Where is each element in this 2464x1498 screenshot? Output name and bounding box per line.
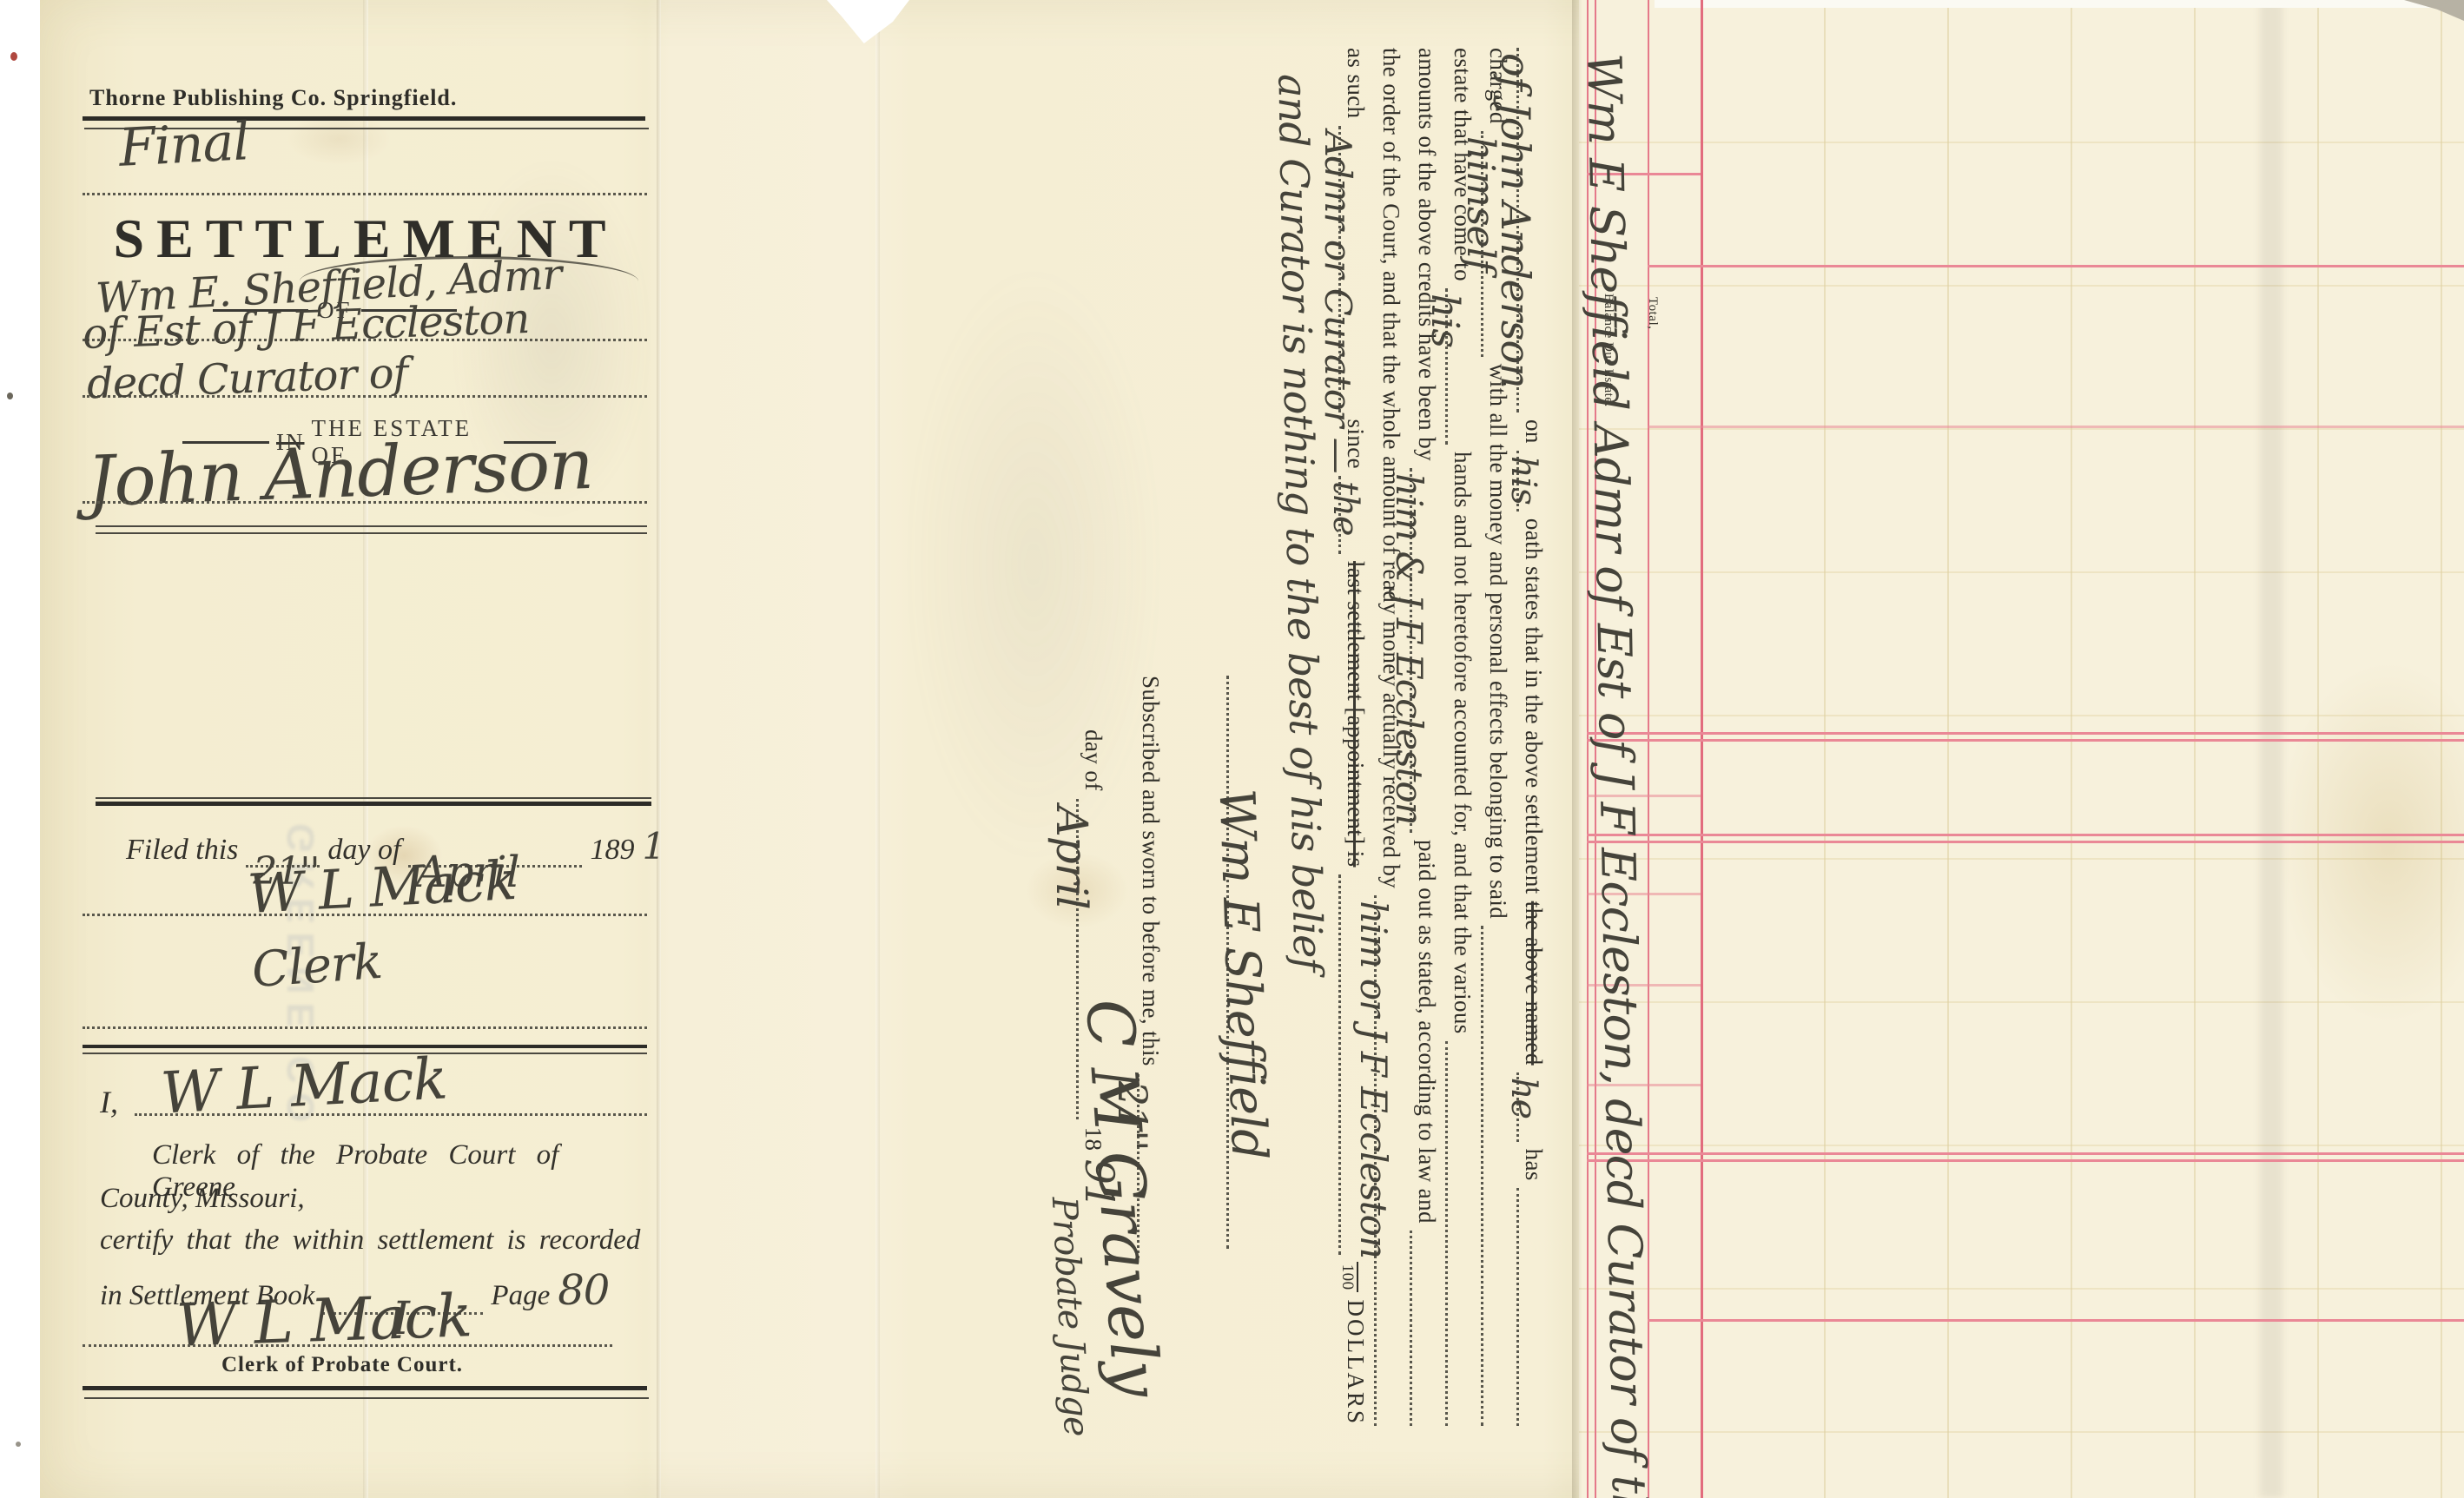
ledger-red-horizontal-line bbox=[1587, 834, 2464, 836]
dotted-line bbox=[83, 501, 647, 504]
ledger-ruled-page bbox=[1579, 0, 2464, 1498]
affidavit-line-5: amounts of the above credits have been b… bbox=[1404, 48, 1440, 1433]
paper-speck bbox=[7, 393, 13, 399]
handwritten-administrator-line3: decd Curator of bbox=[86, 349, 408, 409]
affidavit-line-2: of John Anderson on his oath states that… bbox=[1511, 48, 1547, 1433]
publisher-imprint: Thorne Publishing Co. Springfield. bbox=[89, 85, 457, 111]
ledger-red-horizontal-line bbox=[1648, 426, 2464, 428]
cover-panel: Thorne Publishing Co. Springfield. Final… bbox=[83, 78, 649, 1433]
handwritten-he: he bbox=[1516, 1078, 1523, 1119]
ledger-red-horizontal-line bbox=[1648, 1319, 2464, 1322]
dollars-label: DOLLARS bbox=[1342, 1299, 1369, 1426]
handwritten-affiant-line: Wm E Sheffield Admr of Est of J F Eccles… bbox=[1576, 53, 1655, 1434]
ledger-red-horizontal-line bbox=[1587, 841, 2464, 843]
handwritten-doc-type: Final bbox=[117, 111, 250, 179]
affidavit-print: on bbox=[1520, 419, 1547, 444]
double-rule bbox=[96, 532, 647, 534]
struck-last-settlement: last settlement [appointment] is bbox=[1342, 561, 1369, 867]
ledger-red-vertical-line bbox=[1701, 0, 1703, 1498]
filed-year-printed: 189 bbox=[590, 834, 634, 867]
filed-prefix-label: Filed this bbox=[126, 834, 238, 867]
affidavit-print: oath states that in the above settlement bbox=[1520, 518, 1547, 894]
double-rule bbox=[96, 525, 647, 527]
ledger-red-horizontal-line bbox=[1587, 739, 2464, 742]
dotted-line bbox=[83, 914, 647, 916]
handwritten-the: the bbox=[1338, 481, 1345, 536]
double-rule bbox=[96, 797, 651, 799]
paper-speck bbox=[16, 1442, 21, 1447]
dotted-line bbox=[83, 1344, 612, 1347]
double-rule bbox=[84, 1397, 649, 1399]
affidavit-print: as such bbox=[1342, 48, 1369, 119]
affidavit-print: has bbox=[1520, 1149, 1547, 1181]
affidavit-print: paid out as stated, according to law and bbox=[1413, 840, 1440, 1224]
handwritten-clerk-title: Clerk bbox=[250, 934, 384, 999]
cents-fraction: 100 bbox=[1338, 1262, 1358, 1293]
ledger-red-horizontal-line bbox=[1648, 265, 2464, 267]
scanner-gap bbox=[1655, 0, 2464, 8]
ledger-red-horizontal-line bbox=[1587, 1152, 2464, 1155]
clerk-of-probate-court-label: Clerk of Probate Court. bbox=[221, 1353, 463, 1377]
double-rule bbox=[83, 1386, 647, 1390]
handwritten-estate-name: John Anderson bbox=[86, 424, 594, 522]
double-rule bbox=[83, 1045, 647, 1048]
fold-crease bbox=[875, 0, 880, 1498]
affidavit-print: hands and not heretofore accounted for, … bbox=[1449, 452, 1476, 1034]
ledger-red-horizontal-line bbox=[1587, 732, 2464, 735]
day-of-label: day of bbox=[1080, 729, 1106, 791]
double-rule bbox=[96, 802, 651, 806]
struck-the-above-named: the above named bbox=[1520, 901, 1547, 1066]
cert-text-line2: County, Missouri, bbox=[100, 1183, 305, 1215]
handwritten-page-number: 80 bbox=[558, 1266, 609, 1315]
ledger-red-horizontal-line bbox=[1587, 1159, 2464, 1162]
handwritten-his: his bbox=[1516, 456, 1523, 505]
dotted-line bbox=[83, 193, 647, 195]
fold-crease bbox=[657, 0, 661, 1498]
dotted-line bbox=[135, 1113, 647, 1116]
affiant-signature-line: Wm E Sheffield bbox=[1226, 676, 1258, 1249]
paper-speck bbox=[10, 52, 17, 61]
page-label: Page bbox=[491, 1280, 550, 1312]
handwritten-filed-year-digit: 1 bbox=[642, 825, 664, 868]
cert-i-label: I, bbox=[100, 1084, 118, 1120]
scanned-settlement-document: { "publisher": "Thorne Publishing Co. Sp… bbox=[0, 0, 2464, 1498]
affidavit-print: with all the money and personal effects … bbox=[1484, 364, 1511, 919]
affidavit-print: amounts of the above credits have been b… bbox=[1413, 48, 1440, 461]
fold-shadow-streak bbox=[2260, 0, 2282, 1498]
handwritten-cert-signature: W L Mack bbox=[175, 1282, 472, 1361]
cert-text-line3: certify that the within settlement is re… bbox=[100, 1224, 640, 1257]
rotated-notary-block: Wm E Sheffield Subscribed and sworn to b… bbox=[1042, 651, 1264, 1476]
rotated-affidavit-block: Wm E Sheffield Admr of Est of J F Eccles… bbox=[1264, 48, 1659, 1433]
dotted-line bbox=[83, 1026, 647, 1029]
